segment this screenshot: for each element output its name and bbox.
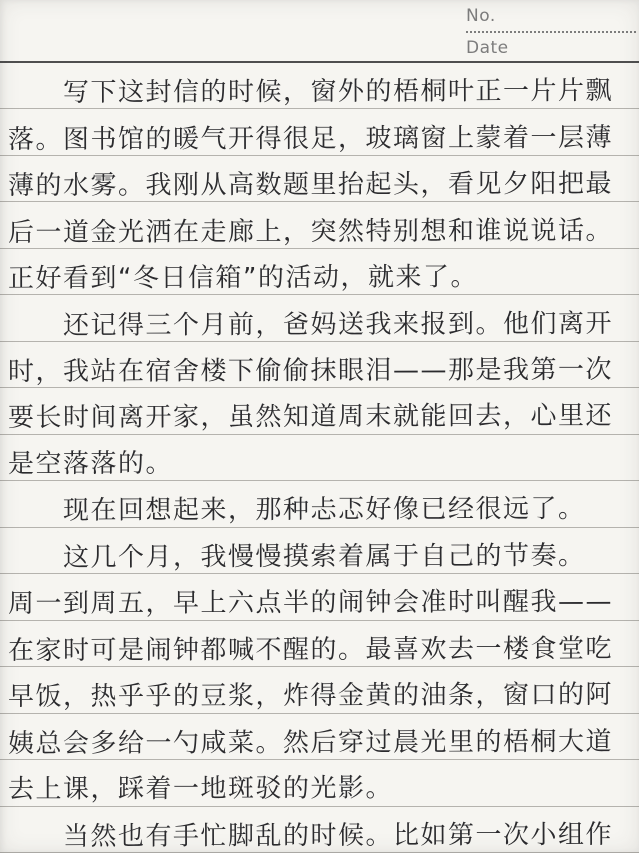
handwritten-text: 这几个月，我慢慢摸索着属于自己的节奏。 bbox=[8, 543, 586, 572]
handwritten-line: 落。图书馆的暖气开得很足，玻璃窗上蒙着一层薄 bbox=[0, 109, 639, 155]
handwritten-text: 周一到周五，早上六点半的闹钟会准时叫醒我—— bbox=[8, 589, 613, 618]
ruled-writing-area: 写下这封信的时候，窗外的梧桐叶正一片片飘 落。图书馆的暖气开得很足，玻璃窗上蒙着… bbox=[0, 63, 639, 853]
handwritten-line: 早饭，热乎乎的豆浆，炸得金黄的油条，窗口的阿 bbox=[0, 667, 639, 713]
handwritten-text: 早饭，热乎乎的豆浆，炸得金黄的油条，窗口的阿 bbox=[8, 682, 613, 711]
handwritten-text: 正好看到“冬日信箱”的活动，就来了。 bbox=[8, 264, 478, 293]
handwritten-text: 落。图书馆的暖气开得很足，玻璃窗上蒙着一层薄 bbox=[8, 125, 613, 154]
handwritten-line: 姨总会多给一勺咸菜。然后穿过晨光里的梧桐大道 bbox=[0, 714, 639, 760]
handwritten-line: 当然也有手忙脚乱的时候。比如第一次小组作 bbox=[0, 807, 639, 853]
date-field-label: Date bbox=[466, 33, 636, 59]
handwritten-text: 后一道金光洒在走廊上，突然特别想和谁说说话。 bbox=[8, 218, 613, 247]
handwritten-line: 写下这封信的时候，窗外的梧桐叶正一片片飘 bbox=[0, 63, 639, 109]
handwritten-text: 姨总会多给一勺咸菜。然后穿过晨光里的梧桐大道 bbox=[8, 729, 613, 758]
handwritten-line: 周一到周五，早上六点半的闹钟会准时叫醒我—— bbox=[0, 574, 639, 620]
handwritten-text: 时，我站在宿舍楼下偷偷抹眼泪——那是我第一次 bbox=[8, 357, 613, 386]
handwritten-text: 写下这封信的时候，窗外的梧桐叶正一片片飘 bbox=[8, 78, 613, 107]
handwritten-line: 这几个月，我慢慢摸索着属于自己的节奏。 bbox=[0, 528, 639, 574]
handwritten-text: 还记得三个月前，爸妈送我来报到。他们离开 bbox=[8, 310, 613, 339]
handwritten-line: 在家时可是闹钟都喊不醒的。最喜欢去一楼食堂吃 bbox=[0, 621, 639, 667]
handwritten-line: 还记得三个月前，爸妈送我来报到。他们离开 bbox=[0, 295, 639, 341]
no-field-label: No. bbox=[466, 6, 636, 33]
handwritten-text: 是空落落的。 bbox=[8, 451, 173, 479]
handwritten-text: 薄的水雾。我刚从高数题里抬起头，看见夕阳把最 bbox=[8, 171, 613, 200]
handwritten-line: 现在回想起来，那种忐忑好像已经很远了。 bbox=[0, 481, 639, 527]
scanned-letter-page: { "document": { "header": { "no_label": … bbox=[0, 0, 639, 853]
handwritten-line: 去上课，踩着一地斑驳的光影。 bbox=[0, 760, 639, 806]
handwritten-line: 后一道金光洒在走廊上，突然特别想和谁说说话。 bbox=[0, 202, 639, 248]
handwritten-line: 是空落落的。 bbox=[0, 435, 639, 481]
handwritten-text: 现在回想起来，那种忐忑好像已经很远了。 bbox=[8, 496, 586, 525]
handwritten-text: 当然也有手忙脚乱的时候。比如第一次小组作 bbox=[8, 822, 613, 851]
handwritten-line: 要长时间离开家，虽然知道周末就能回去，心里还 bbox=[0, 388, 639, 434]
handwritten-text: 在家时可是闹钟都喊不醒的。最喜欢去一楼食堂吃 bbox=[8, 636, 613, 665]
handwritten-text: 去上课，踩着一地斑驳的光影。 bbox=[8, 776, 393, 805]
handwritten-text: 要长时间离开家，虽然知道周末就能回去，心里还 bbox=[8, 403, 613, 432]
header-fields: No. Date bbox=[466, 6, 636, 60]
handwritten-line: 薄的水雾。我刚从高数题里抬起头，看见夕阳把最 bbox=[0, 156, 639, 202]
handwritten-line: 正好看到“冬日信箱”的活动，就来了。 bbox=[0, 249, 639, 295]
handwritten-line: 时，我站在宿舍楼下偷偷抹眼泪——那是我第一次 bbox=[0, 342, 639, 388]
